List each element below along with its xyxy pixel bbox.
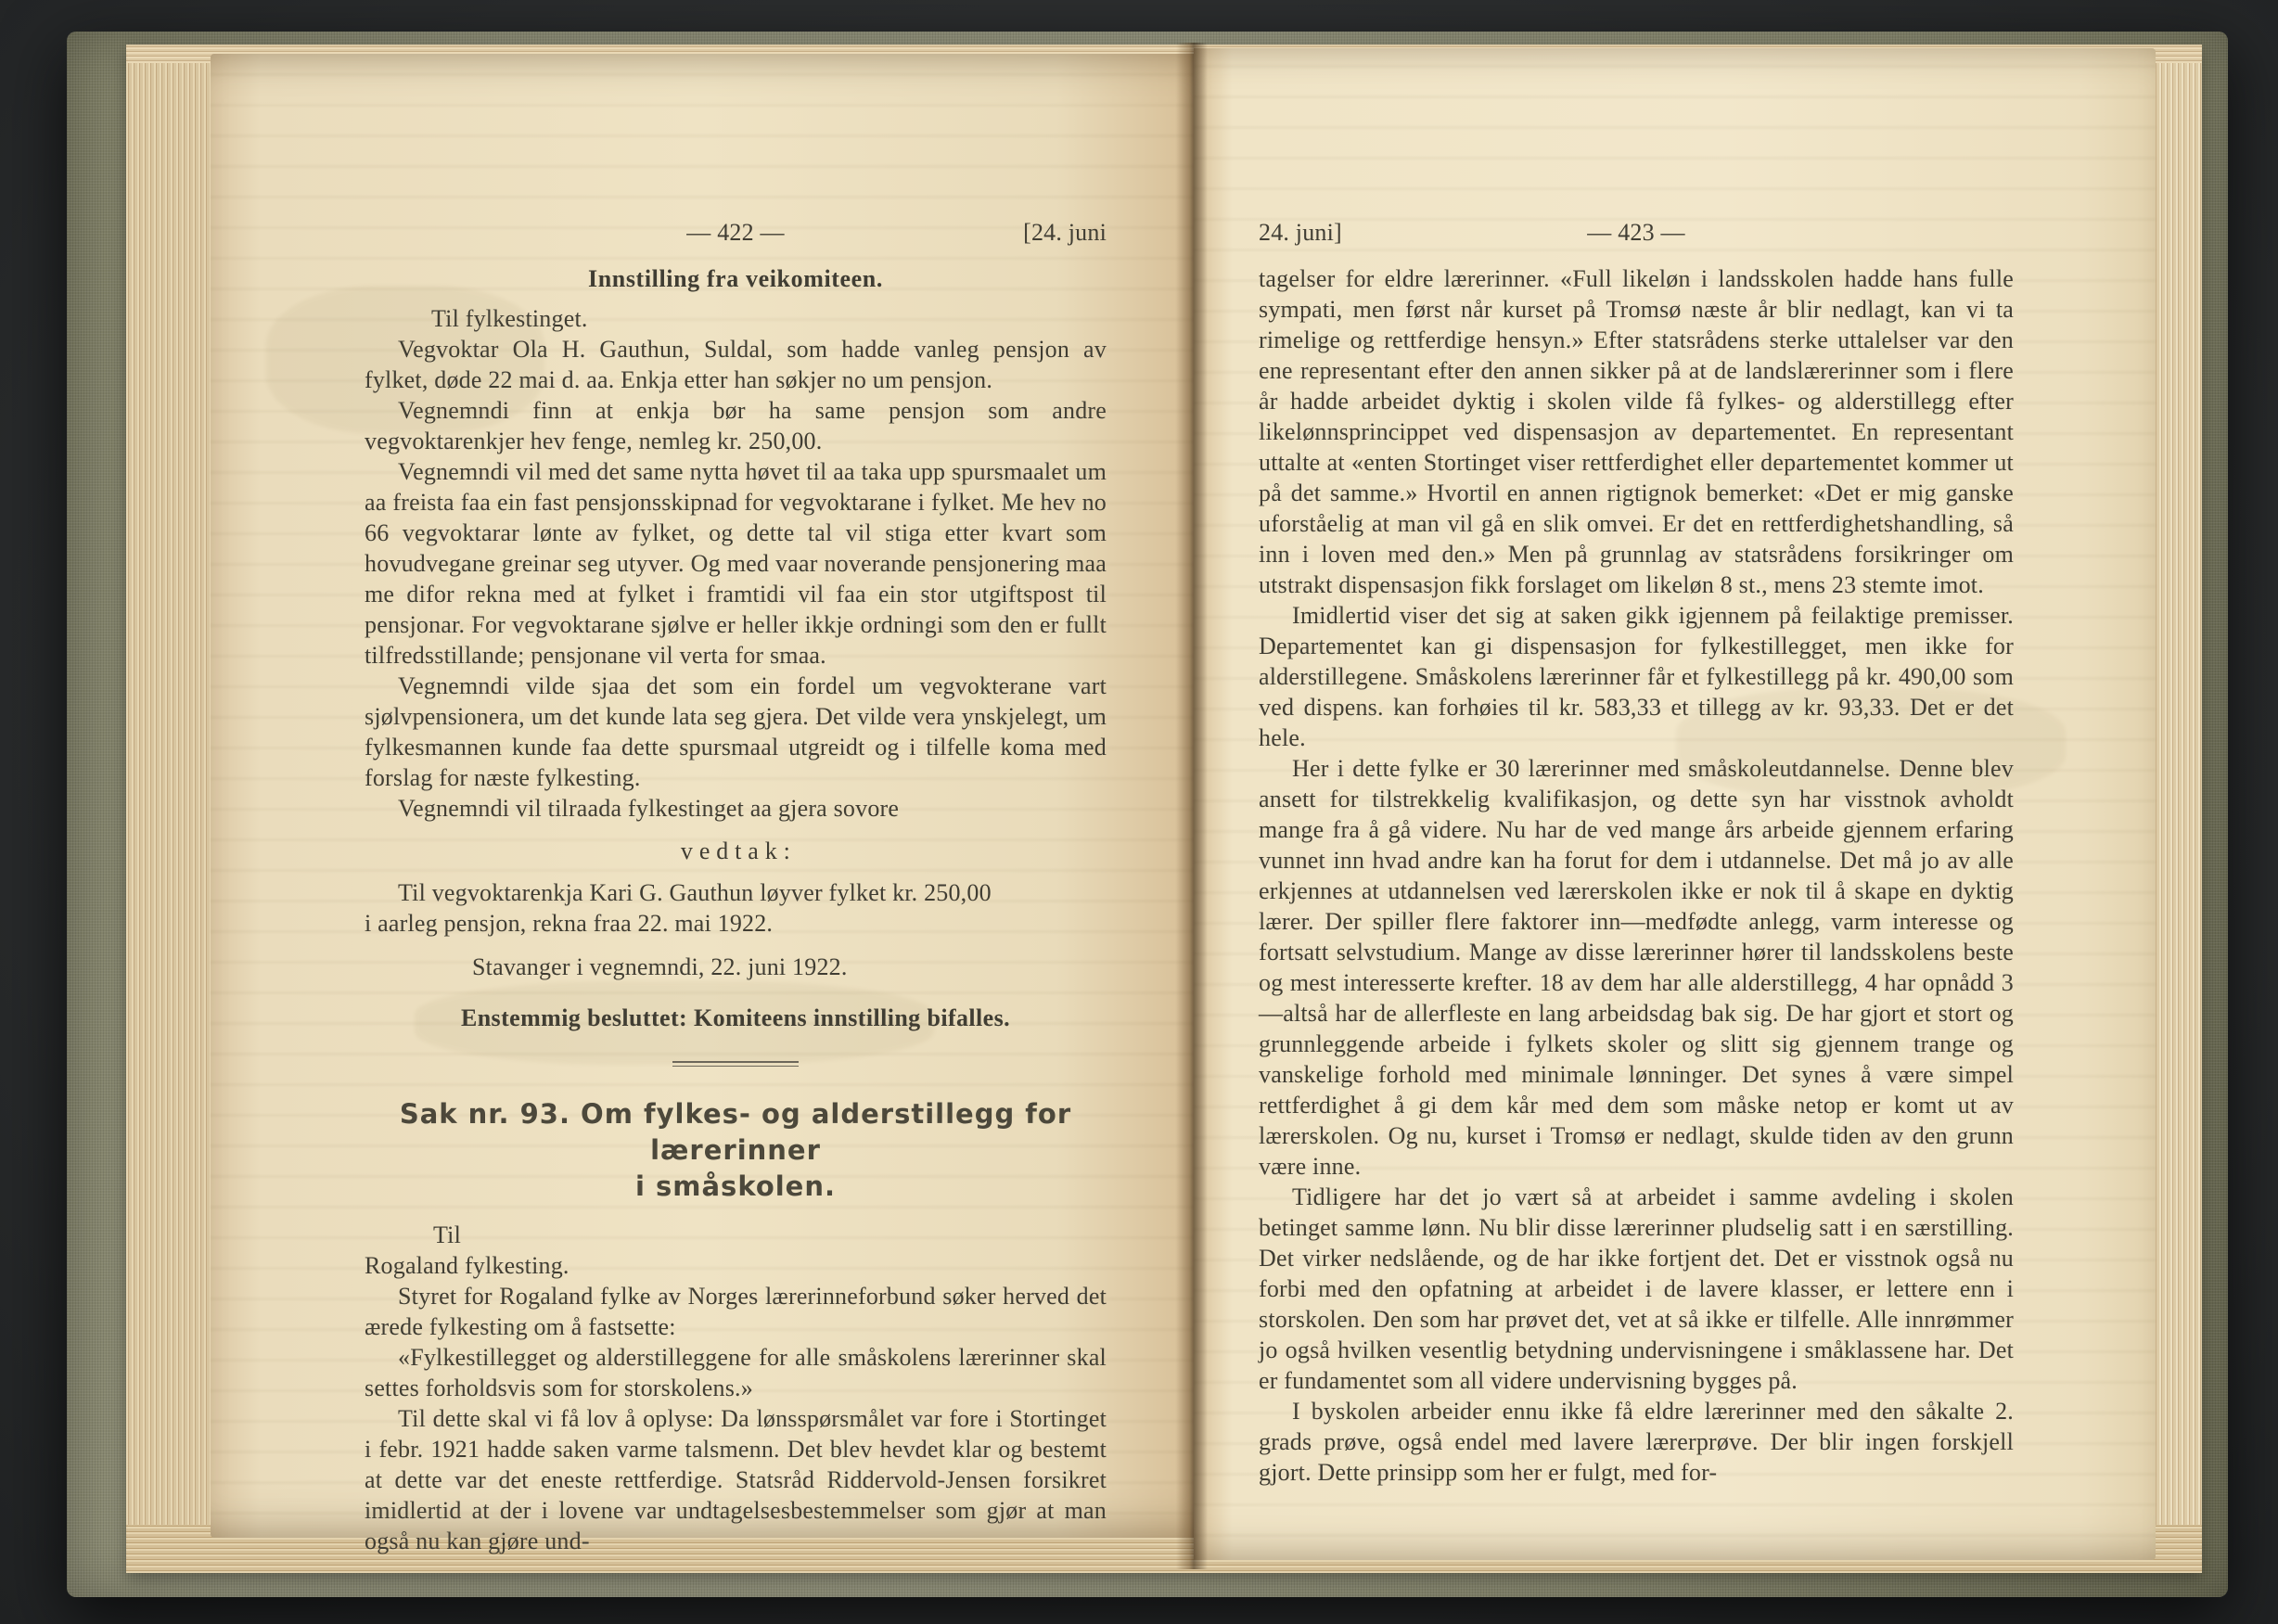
salutation: Til — [365, 1220, 1107, 1250]
page-number: — 423 — — [1259, 217, 2014, 248]
decision-line: i aarleg pensjon, rekna fraa 22. mai 192… — [365, 908, 1107, 939]
paragraph: I byskolen arbeider ennu ikke få eldre l… — [1259, 1396, 2014, 1488]
salutation: Rogaland fylkesting. — [365, 1250, 1107, 1281]
paragraph: Vegvoktar Ola H. Gauthun, Suldal, som ha… — [365, 334, 1107, 395]
section-divider — [672, 1061, 799, 1067]
case-title-line1: Sak nr. 93. Om fylkes- og alderstillegg … — [400, 1098, 1071, 1166]
paragraph: Her i dette fylke er 30 lærerinner med s… — [1259, 753, 2014, 1182]
case-title-line2: i småskolen. — [635, 1170, 836, 1202]
page-header: — 422 — [24. juni — [365, 217, 1107, 254]
case-title: Sak nr. 93. Om fylkes- og alderstillegg … — [365, 1096, 1107, 1205]
resolution-text: Enstemmig besluttet: Komiteens innstilli… — [365, 1003, 1107, 1033]
running-date: [24. juni — [1023, 217, 1107, 248]
decision-label: v e d t a k : — [365, 836, 1107, 866]
paragraph: Til dette skal vi få lov å oplyse: Da lø… — [365, 1403, 1107, 1556]
paragraph: Tidligere har det jo vært så at arbeidet… — [1259, 1182, 2014, 1396]
page-header: 24. juni] — 423 — — [1259, 217, 2014, 254]
report-title: Innstilling fra veikomiteen. — [365, 263, 1107, 294]
paragraph: «Fylkestillegget og alderstilleggene for… — [365, 1342, 1107, 1403]
decision-line: Til vegvoktarenkja Kari G. Gauthun løyve… — [365, 877, 1107, 908]
paragraph: Imidlertid viser det sig at saken gikk i… — [1259, 600, 2014, 753]
book-cover: — 422 — [24. juni Innstilling fra veikom… — [67, 32, 2228, 1597]
dateline: Stavanger i vegnemndi, 22. juni 1922. — [365, 952, 1107, 982]
running-date: 24. juni] — [1259, 217, 1342, 248]
paragraph: Styret for Rogaland fylke av Norges lære… — [365, 1281, 1107, 1342]
paragraph: Vegnemndi vil tilraada fylkestinget aa g… — [365, 793, 1107, 824]
photo-background: — 422 — [24. juni Innstilling fra veikom… — [0, 0, 2278, 1624]
left-page: — 422 — [24. juni Innstilling fra veikom… — [211, 54, 1194, 1538]
right-page: 24. juni] — 423 — tagelser for eldre lær… — [1194, 48, 2156, 1560]
paragraph: tagelser for eldre lærerinner. «Full lik… — [1259, 263, 2014, 600]
paragraph: Vegnemndi vilde sjaa det som ein fordel … — [365, 671, 1107, 793]
book-gutter — [1176, 43, 1208, 1569]
salutation: Til fylkestinget. — [365, 303, 1107, 334]
paragraph: Vegnemndi vil med det same nytta høvet t… — [365, 456, 1107, 671]
paragraph: Vegnemndi finn at enkja bør ha same pens… — [365, 395, 1107, 456]
page-number: — 422 — — [365, 217, 1107, 248]
